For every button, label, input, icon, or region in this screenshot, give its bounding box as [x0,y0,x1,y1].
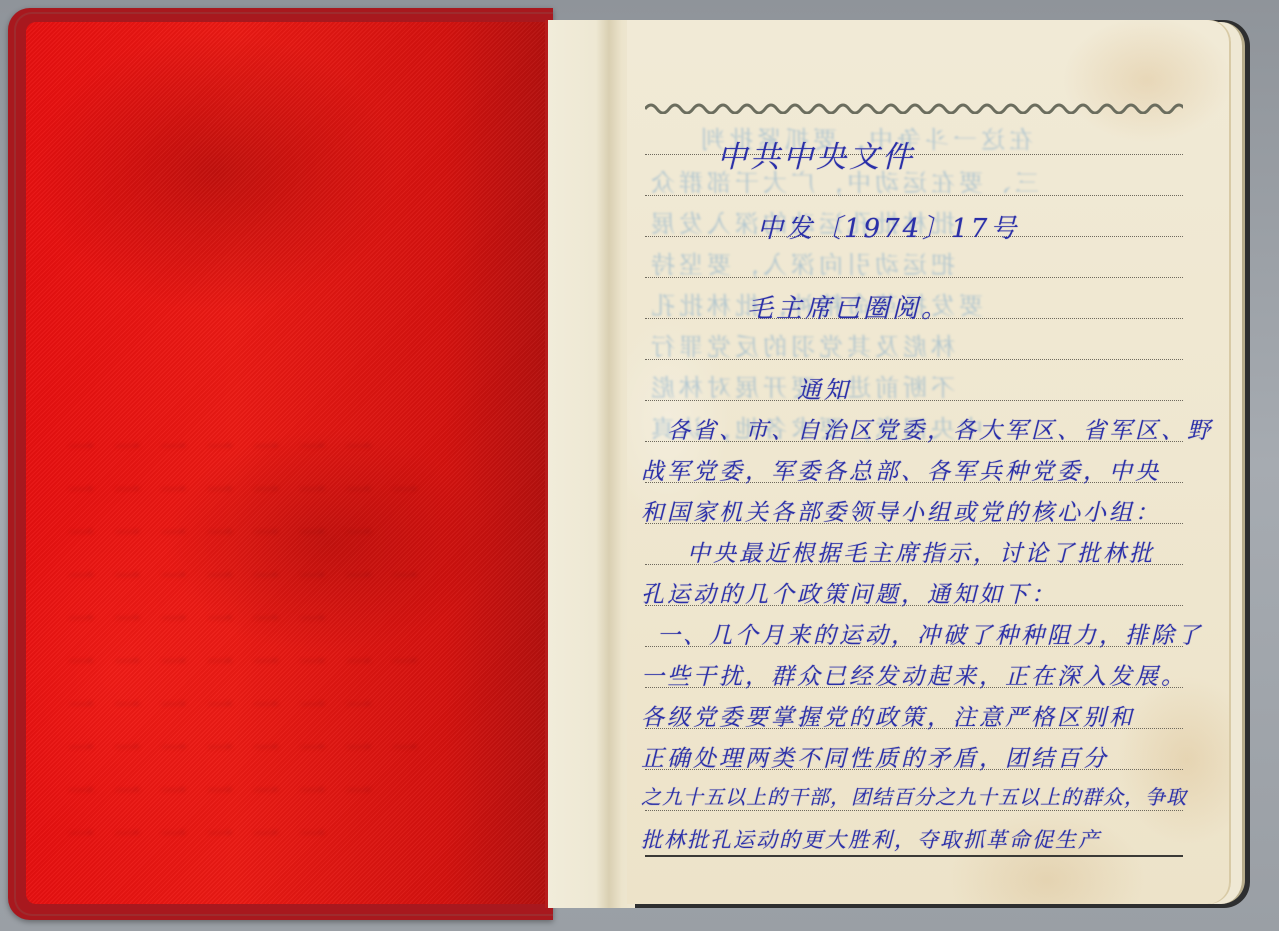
bleed-line: 一 一 一 一 一 一 [68,600,528,643]
bleed-line: 一 一 一 一 一 一 [68,815,528,858]
body-line: 之九十五以上的干部，团结百分之九十五以上的群众，争取 [641,781,1187,810]
bleed-line: 一 一 一 一 一 一 一 一 [68,557,528,600]
document-title: 中共中央文件 [717,132,915,176]
bleed-line: 一 一 一 一 一 一 一 一 [68,471,528,514]
notebook-page-block: 在这一斗争中，要抓紧批判 三、要在运动中，广大干部群众 批林批孔运动的深入发展 … [545,20,1250,908]
bleed-through-line: 把运动引向深入，要坚持 [647,245,955,280]
body-line: 战军党委，军委各总部、各军兵种党委，中央 [641,453,1161,486]
body-line: 一、几个月来的运动，冲破了种种阻力，排除了 [657,617,1203,650]
body-line: 批林批孔运动的更大胜利，夺取抓革命促生产 [641,824,1101,854]
notebook-red-cover: 一 一 一 一 一 一 一 一 一 一 一 一 一 一 一 一 一 一 一 一 … [8,8,553,920]
wavy-border-ornament [645,100,1183,114]
bleed-line: 一 一 一 一 一 一 一 [68,514,528,557]
ruled-line [645,810,1183,811]
bleed-line: 一 一 一 一 一 一 一 一 [68,729,528,772]
handwritten-page[interactable]: 在这一斗争中，要抓紧批判 三、要在运动中，广大干部群众 批林批孔运动的深入发展 … [627,20,1231,904]
distribution-note: 毛主席已圈阅。 [747,288,950,325]
gutter-flyleaf [545,20,635,908]
body-line: 和国家机关各部委领导小组或党的核心小组： [641,494,1161,527]
notice-heading: 通知 [797,370,851,405]
bleed-line: 一 一 一 一 一 一 一 [68,686,528,729]
body-line: 孔运动的几个政策问题，通知如下： [641,576,1057,609]
ruled-line-bottom [645,855,1183,857]
bleed-line: 一 一 一 一 一 一 一 [68,772,528,815]
body-line: 各级党委要掌握党的政策，注意严格区别和 [641,699,1135,732]
photo-scene: 一 一 一 一 一 一 一 一 一 一 一 一 一 一 一 一 一 一 一 一 … [0,0,1279,931]
body-line: 中央最近根据毛主席指示，讨论了批林批 [687,535,1155,568]
bleed-line: 一 一 一 一 一 一 一 一 [68,643,528,686]
bleed-line: 一 一 一 一 一 一 一 [68,428,528,471]
body-line: 各省、市、自治区党委，各大军区、省军区、野 [667,412,1213,445]
bleed-through-line: 林彪及其党羽的反党罪行 [647,327,955,362]
cover-bleed-through-text: 一 一 一 一 一 一 一 一 一 一 一 一 一 一 一 一 一 一 一 一 … [68,428,528,858]
body-line: 正确处理两类不同性质的矛盾，团结百分 [641,740,1109,773]
document-number: 中发〔1974〕17号 [757,208,1019,245]
body-line: 一些干扰，群众已经发动起来，正在深入发展。 [641,658,1187,691]
